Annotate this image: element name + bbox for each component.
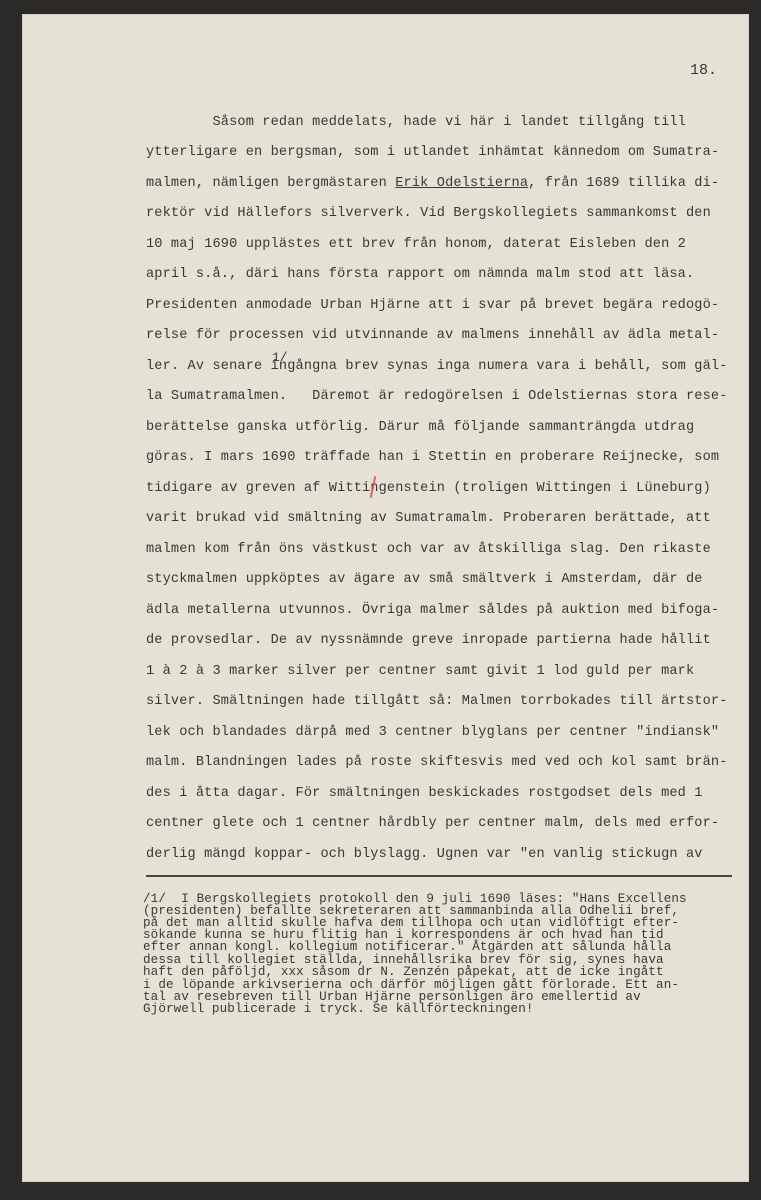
body-line: malm. Blandningen lades på roste skiftes… <box>146 755 728 770</box>
body-line: derlig mängd koppar- och blyslagg. Ugnen… <box>146 847 703 862</box>
body-line-tail: , från 1689 tillika di- <box>528 176 719 191</box>
body-line: relse för processen vid utvinnande av ma… <box>146 328 719 343</box>
page-number: 18. <box>690 62 717 79</box>
footnote-line: haft den påföljd, xxx såsom dr N. Zenzén… <box>143 966 664 978</box>
body-line: ädla metallerna utvunnos. Övriga malmer … <box>146 603 719 618</box>
body-line: Såsom redan meddelats, hade vi här i lan… <box>146 115 686 130</box>
footnote-line: efter annan kongl. kollegium notificerar… <box>143 941 671 953</box>
body-line: silver. Smältningen hade tillgått så: Ma… <box>146 694 728 709</box>
body-line: des i åtta dagar. För smältningen beskic… <box>146 786 703 801</box>
body-line: 1 à 2 à 3 marker silver per centner samt… <box>146 664 694 679</box>
body-line: la Sumatramalmen. Däremot är redogörelse… <box>146 389 728 404</box>
body-line: april s.å., däri hans första rapport om … <box>146 267 694 282</box>
body-line: styckmalmen uppköptes av ägare av små sm… <box>146 572 703 587</box>
body-line: ytterligare en bergsman, som i utlandet … <box>146 145 719 160</box>
body-line: lek och blandades därpå med 3 centner bl… <box>146 725 719 740</box>
footnote-divider <box>146 875 732 877</box>
body-line: rektör vid Hällefors silververk. Vid Ber… <box>146 206 711 221</box>
body-line: berättelse ganska utförlig. Därur må föl… <box>146 420 694 435</box>
body-line: de provsedlar. De av nyssnämnde greve in… <box>146 633 711 648</box>
body-line: varit brukad vid smältning av Sumatramal… <box>146 511 711 526</box>
body-line: Presidenten anmodade Urban Hjärne att i … <box>146 298 719 313</box>
body-line: malmen kom från öns västkust och var av … <box>146 542 711 557</box>
footnote-line: Gjörwell publicerade i tryck. Se källför… <box>143 1003 534 1015</box>
person-name-underlined: Erik Odelstierna <box>395 176 528 191</box>
body-line: 10 maj 1690 upplästes ett brev från hono… <box>146 237 686 252</box>
body-line: ler. Av senare ingångna brev synas inga … <box>146 359 728 374</box>
body-line: göras. I mars 1690 träffade han i Stetti… <box>146 450 719 465</box>
body-line: tidigare av greven af Wittingenstein (tr… <box>146 481 711 496</box>
body-line-head: malmen, nämligen bergmästaren <box>146 176 395 191</box>
body-line: centner glete och 1 centner hårdbly per … <box>146 816 719 831</box>
footnote-reference: 1/ <box>272 350 288 365</box>
body-line: malmen, nämligen bergmästaren Erik Odels… <box>146 176 719 191</box>
